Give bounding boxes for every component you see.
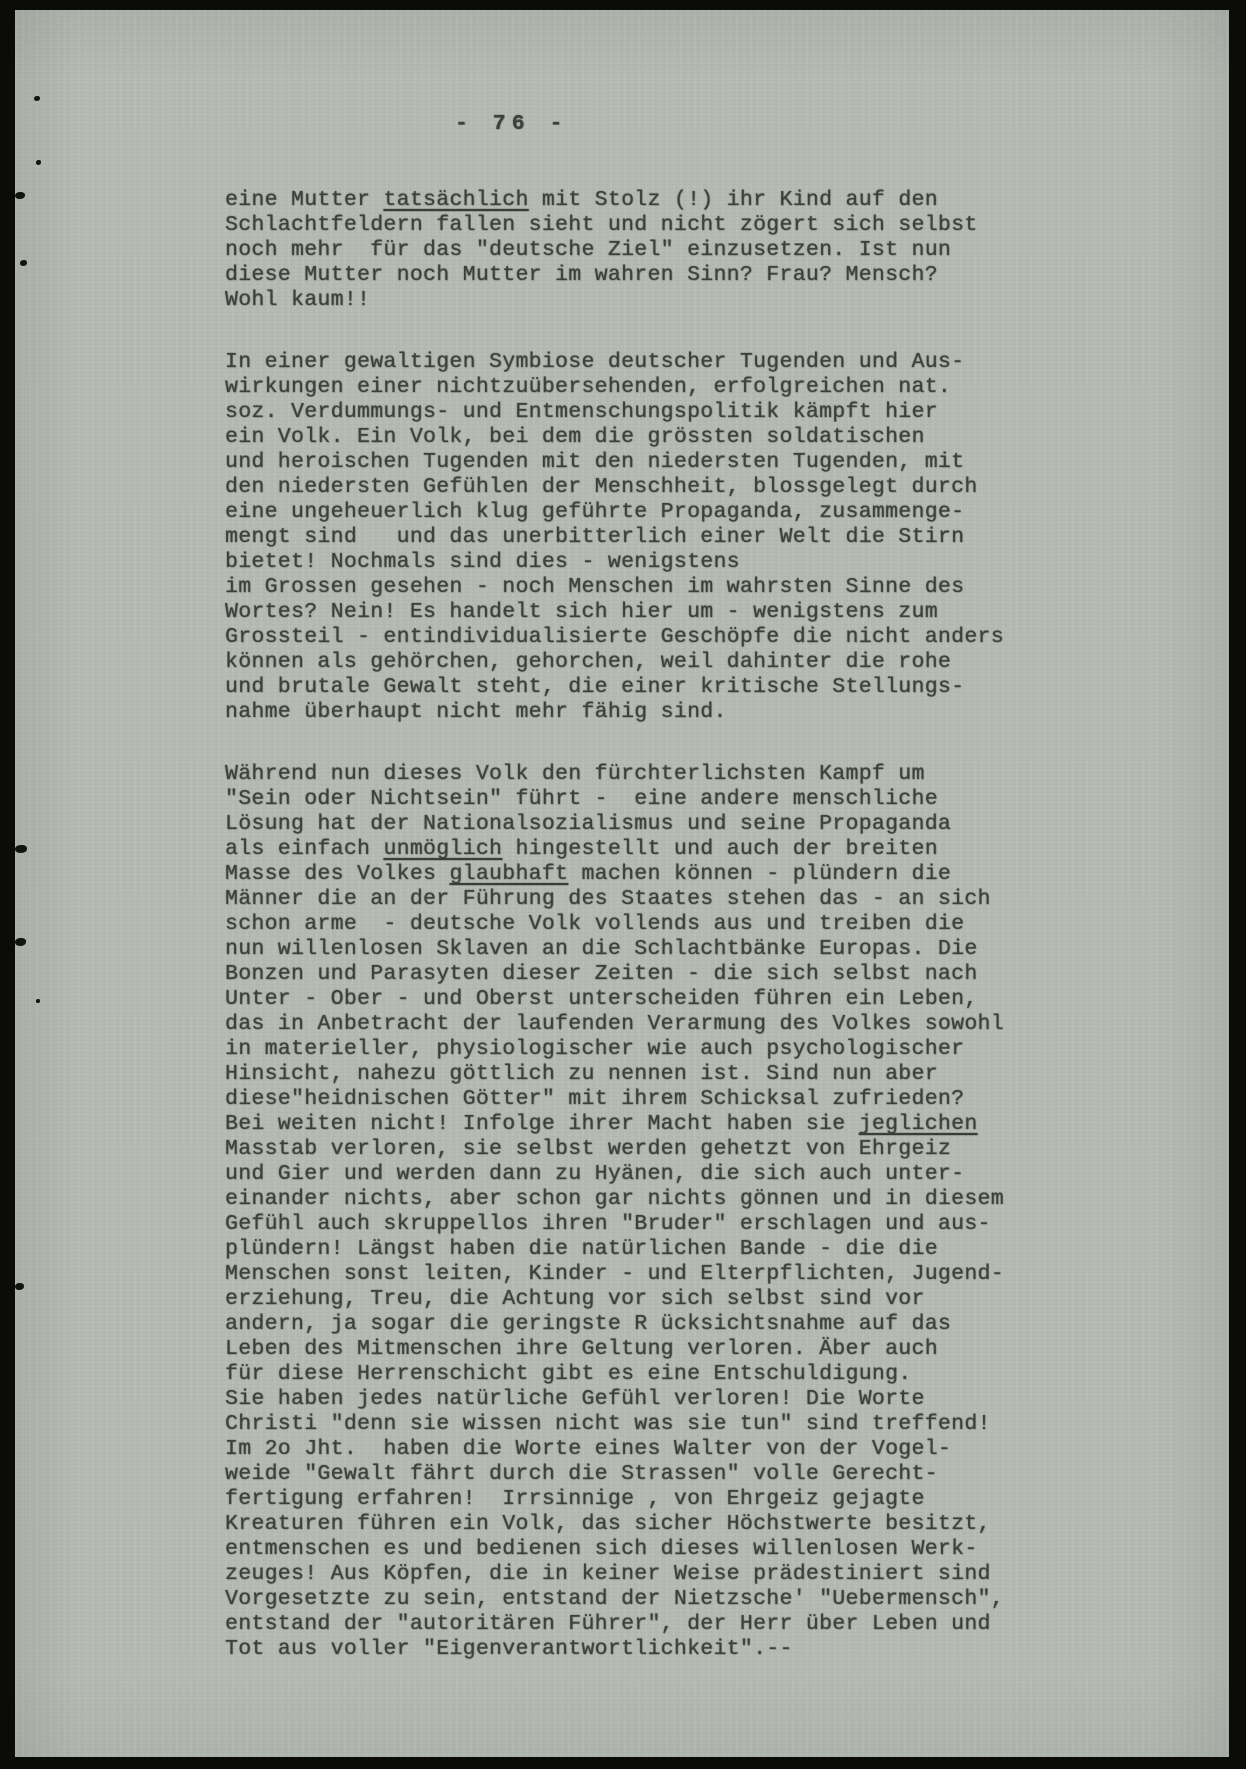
text-segment: diese"heidnischen Götter" mit ihrem Schi…: [225, 1087, 964, 1111]
text-segment: erziehung, Treu, die Achtung vor sich se…: [225, 1287, 925, 1311]
text-segment: Bonzen und Parasyten dieser Zeiten - die…: [225, 962, 978, 986]
text-line: den niedersten Gefühlen der Menschheit, …: [225, 475, 1055, 500]
text-line: Hinsicht, nahezu göttlich zu nennen ist.…: [225, 1062, 1055, 1087]
scan-speck: [34, 96, 40, 101]
text-segment: bietet! Nochmals sind dies - wenigstens: [225, 550, 740, 574]
text-line: als einfach unmöglich hingestellt und au…: [225, 837, 1055, 862]
text-segment: entmenschen es und bedienen sich dieses …: [225, 1537, 978, 1561]
text-segment: Schlachtfeldern fallen sieht und nicht z…: [225, 213, 978, 237]
text-line: In einer gewaltigen Symbiose deutscher T…: [225, 350, 1055, 375]
text-line: Vorgesetzte zu sein, entstand der Nietzs…: [225, 1587, 1055, 1612]
text-segment: als einfach: [225, 837, 383, 861]
text-line: Grossteil - entindividualisierte Geschöp…: [225, 625, 1055, 650]
text-segment: fertigung erfahren! Irrsinnige , von Ehr…: [225, 1487, 925, 1511]
underlined-text: unmöglich: [383, 837, 502, 861]
text-line: Sie haben jedes natürliche Gefühl verlor…: [225, 1387, 1055, 1412]
text-segment: Wortes? Nein! Es handelt sich hier um - …: [225, 600, 938, 624]
text-line: wirkungen einer nichtzuübersehenden, erf…: [225, 375, 1055, 400]
scan-speck: [20, 260, 27, 266]
text-segment: Lösung hat der Nationalsozialismus und s…: [225, 812, 951, 836]
document-body: eine Mutter tatsächlich mit Stolz (!) ih…: [225, 188, 1055, 1699]
text-segment: Vorgesetzte zu sein, entstand der Nietzs…: [225, 1587, 1004, 1611]
text-segment: das in Anbetracht der laufenden Verarmun…: [225, 1012, 1004, 1036]
text-segment: Leben des Mitmenschen ihre Geltung verlo…: [225, 1337, 938, 1361]
paragraph: Während nun dieses Volk den fürchterlich…: [225, 762, 1055, 1662]
text-segment: Hinsicht, nahezu göttlich zu nennen ist.…: [225, 1062, 938, 1086]
text-segment: eine Mutter: [225, 188, 383, 212]
underlined-text: jeglichen: [859, 1112, 978, 1136]
paragraph: In einer gewaltigen Symbiose deutscher T…: [225, 350, 1055, 725]
text-segment: soz. Verdummungs- und Entmenschungspolit…: [225, 400, 938, 424]
paper-sheet: - 76 - eine Mutter tatsächlich mit Stolz…: [15, 10, 1229, 1757]
scan-speck: [36, 160, 41, 165]
text-line: entstand der "autoritären Führer", der H…: [225, 1612, 1055, 1637]
text-line: Männer die an der Führung des Staates st…: [225, 887, 1055, 912]
text-segment: im Grossen gesehen - noch Menschen im wa…: [225, 575, 964, 599]
text-segment: eine ungeheuerlich klug geführte Propaga…: [225, 500, 964, 524]
text-line: können als gehörchen, gehorchen, weil da…: [225, 650, 1055, 675]
text-segment: hingestellt und auch der breiten: [502, 837, 938, 861]
text-segment: schon arme - deutsche Volk vollends aus …: [225, 912, 964, 936]
text-line: Schlachtfeldern fallen sieht und nicht z…: [225, 213, 1055, 238]
scan-speck: [15, 845, 27, 853]
text-segment: In einer gewaltigen Symbiose deutscher T…: [225, 350, 964, 374]
text-line: mengt sind und das unerbitterlich einer …: [225, 525, 1055, 550]
text-segment: Sie haben jedes natürliche Gefühl verlor…: [225, 1387, 925, 1411]
underlined-text: glaubhaft: [449, 862, 568, 886]
text-segment: können als gehörchen, gehorchen, weil da…: [225, 650, 951, 674]
scan-speck: [15, 1283, 24, 1290]
text-segment: Menschen sonst leiten, Kinder - und Elte…: [225, 1262, 1004, 1286]
text-line: eine Mutter tatsächlich mit Stolz (!) ih…: [225, 188, 1055, 213]
text-segment: andern, ja sogar die geringste R ücksich…: [225, 1312, 951, 1336]
text-line: eine ungeheuerlich klug geführte Propaga…: [225, 500, 1055, 525]
text-line: Lösung hat der Nationalsozialismus und s…: [225, 812, 1055, 837]
text-segment: Gefühl auch skruppellos ihren "Bruder" e…: [225, 1212, 991, 1236]
text-line: bietet! Nochmals sind dies - wenigstens: [225, 550, 1055, 575]
text-line: entmenschen es und bedienen sich dieses …: [225, 1537, 1055, 1562]
text-segment: für diese Herrenschicht gibt es eine Ent…: [225, 1362, 912, 1386]
text-segment: Unter - Ober - und Oberst unterscheiden …: [225, 987, 978, 1011]
text-segment: plündern! Längst haben die natürlichen B…: [225, 1237, 938, 1261]
text-line: Wohl kaum!!: [225, 288, 1055, 313]
text-segment: Grossteil - entindividualisierte Geschöp…: [225, 625, 1004, 649]
text-line: Wortes? Nein! Es handelt sich hier um - …: [225, 600, 1055, 625]
text-line: Gefühl auch skruppellos ihren "Bruder" e…: [225, 1212, 1055, 1237]
text-segment: und Gier und werden dann zu Hyänen, die …: [225, 1162, 964, 1186]
text-line: ein Volk. Ein Volk, bei dem die grössten…: [225, 425, 1055, 450]
text-line: "Sein oder Nichtsein" führt - eine ander…: [225, 787, 1055, 812]
text-line: andern, ja sogar die geringste R ücksich…: [225, 1312, 1055, 1337]
text-line: weide "Gewalt fährt durch die Strassen" …: [225, 1462, 1055, 1487]
text-line: Kreaturen führen ein Volk, das sicher Hö…: [225, 1512, 1055, 1537]
text-segment: "Sein oder Nichtsein" führt - eine ander…: [225, 787, 938, 811]
text-line: diese Mutter noch Mutter im wahren Sinn?…: [225, 263, 1055, 288]
text-line: plündern! Längst haben die natürlichen B…: [225, 1237, 1055, 1262]
text-segment: mengt sind und das unerbitterlich einer …: [225, 525, 964, 549]
text-line: Masstab verloren, sie selbst werden gehe…: [225, 1137, 1055, 1162]
text-line: fertigung erfahren! Irrsinnige , von Ehr…: [225, 1487, 1055, 1512]
text-segment: Christi "denn sie wissen nicht was sie t…: [225, 1412, 991, 1436]
text-segment: Bei weiten nicht! Infolge ihrer Macht ha…: [225, 1112, 859, 1136]
text-line: schon arme - deutsche Volk vollends aus …: [225, 912, 1055, 937]
text-segment: Männer die an der Führung des Staates st…: [225, 887, 991, 911]
text-segment: Wohl kaum!!: [225, 288, 370, 312]
text-segment: mit Stolz (!) ihr Kind auf den: [529, 188, 938, 212]
text-line: diese"heidnischen Götter" mit ihrem Schi…: [225, 1087, 1055, 1112]
text-line: für diese Herrenschicht gibt es eine Ent…: [225, 1362, 1055, 1387]
text-segment: Masse des Volkes: [225, 862, 449, 886]
text-line: und brutale Gewalt steht, die einer krit…: [225, 675, 1055, 700]
text-line: im Grossen gesehen - noch Menschen im wa…: [225, 575, 1055, 600]
text-segment: Tot aus voller "Eigenverantwortlichkeit"…: [225, 1637, 793, 1661]
text-line: Im 2o Jht. haben die Worte eines Walter …: [225, 1437, 1055, 1462]
text-line: und Gier und werden dann zu Hyänen, die …: [225, 1162, 1055, 1187]
scanned-page: - 76 - eine Mutter tatsächlich mit Stolz…: [0, 0, 1246, 1769]
text-line: noch mehr für das "deutsche Ziel" einzus…: [225, 238, 1055, 263]
text-line: in materieller, physiologischer wie auch…: [225, 1037, 1055, 1062]
text-line: Tot aus voller "Eigenverantwortlichkeit"…: [225, 1637, 1055, 1662]
text-segment: Im 2o Jht. haben die Worte eines Walter …: [225, 1437, 951, 1461]
scan-speck: [36, 999, 40, 1003]
text-segment: den niedersten Gefühlen der Menschheit, …: [225, 475, 978, 499]
text-segment: nun willenlosen Sklaven an die Schlachtb…: [225, 937, 978, 961]
text-segment: zeuges! Aus Köpfen, die in keiner Weise …: [225, 1562, 991, 1586]
text-line: Menschen sonst leiten, Kinder - und Elte…: [225, 1262, 1055, 1287]
text-segment: und heroischen Tugenden mit den niederst…: [225, 450, 964, 474]
underlined-text: tatsächlich: [383, 188, 528, 212]
text-segment: wirkungen einer nichtzuübersehenden, erf…: [225, 375, 951, 399]
text-segment: noch mehr für das "deutsche Ziel" einzus…: [225, 238, 951, 262]
text-segment: und brutale Gewalt steht, die einer krit…: [225, 675, 964, 699]
text-segment: Masstab verloren, sie selbst werden gehe…: [225, 1137, 951, 1161]
paragraph: eine Mutter tatsächlich mit Stolz (!) ih…: [225, 188, 1055, 313]
text-line: Christi "denn sie wissen nicht was sie t…: [225, 1412, 1055, 1437]
text-line: einander nichts, aber schon gar nichts g…: [225, 1187, 1055, 1212]
text-segment: weide "Gewalt fährt durch die Strassen" …: [225, 1462, 938, 1486]
page-number: - 76 -: [455, 112, 568, 137]
text-line: Bei weiten nicht! Infolge ihrer Macht ha…: [225, 1112, 1055, 1137]
scan-speck: [15, 938, 26, 946]
text-segment: nahme überhaupt nicht mehr fähig sind.: [225, 700, 727, 724]
text-line: nahme überhaupt nicht mehr fähig sind.: [225, 700, 1055, 725]
text-line: und heroischen Tugenden mit den niederst…: [225, 450, 1055, 475]
text-segment: Während nun dieses Volk den fürchterlich…: [225, 762, 925, 786]
text-segment: diese Mutter noch Mutter im wahren Sinn?…: [225, 263, 938, 287]
text-segment: machen können - plündern die: [568, 862, 951, 886]
text-line: zeuges! Aus Köpfen, die in keiner Weise …: [225, 1562, 1055, 1587]
text-segment: Kreaturen führen ein Volk, das sicher Hö…: [225, 1512, 991, 1536]
text-segment: in materieller, physiologischer wie auch…: [225, 1037, 964, 1061]
text-line: Leben des Mitmenschen ihre Geltung verlo…: [225, 1337, 1055, 1362]
text-line: Während nun dieses Volk den fürchterlich…: [225, 762, 1055, 787]
text-line: das in Anbetracht der laufenden Verarmun…: [225, 1012, 1055, 1037]
text-line: soz. Verdummungs- und Entmenschungspolit…: [225, 400, 1055, 425]
text-line: erziehung, Treu, die Achtung vor sich se…: [225, 1287, 1055, 1312]
text-line: nun willenlosen Sklaven an die Schlachtb…: [225, 937, 1055, 962]
text-line: Bonzen und Parasyten dieser Zeiten - die…: [225, 962, 1055, 987]
scan-speck: [15, 192, 25, 199]
text-segment: einander nichts, aber schon gar nichts g…: [225, 1187, 1004, 1211]
text-line: Masse des Volkes glaubhaft machen können…: [225, 862, 1055, 887]
text-line: Unter - Ober - und Oberst unterscheiden …: [225, 987, 1055, 1012]
text-segment: entstand der "autoritären Führer", der H…: [225, 1612, 991, 1636]
text-segment: ein Volk. Ein Volk, bei dem die grössten…: [225, 425, 925, 449]
